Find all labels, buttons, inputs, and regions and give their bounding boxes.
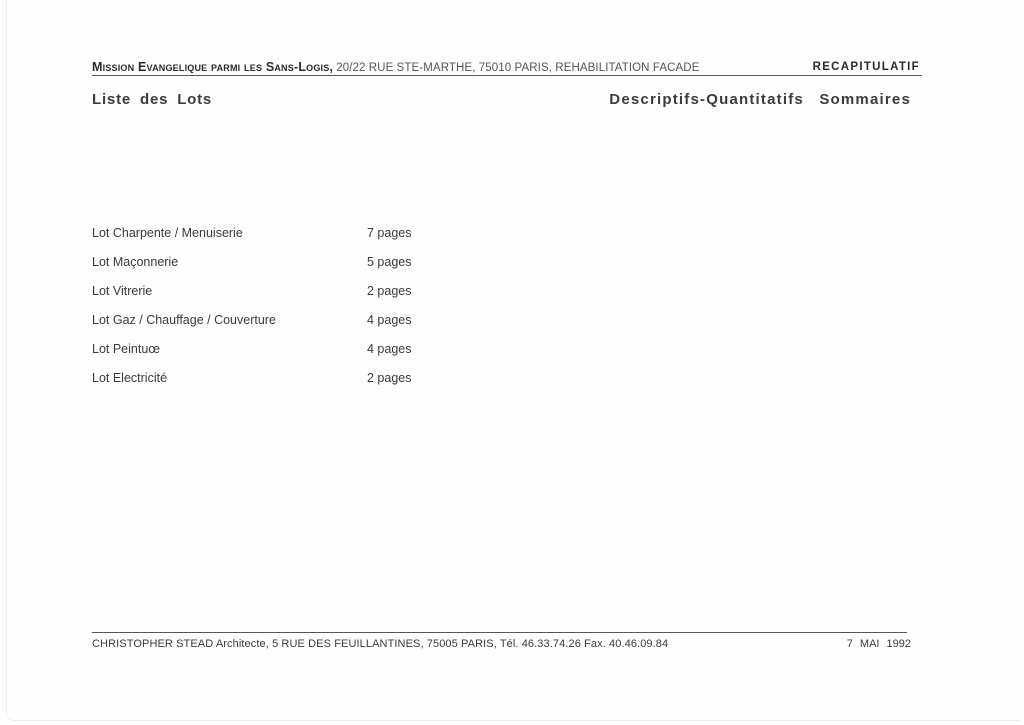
architect-contact: CHRISTOPHER STEAD Architecte, 5 RUE DES … [92,638,668,650]
lot-name: Lot Electricité [92,370,167,386]
project-address: 20/22 RUE STE-MARTHE, 75010 PARIS, REHAB… [336,62,699,74]
document-date: 7 MAI 1992 [847,638,911,650]
lot-name: Lot Peintuœ [92,341,160,357]
lot-page-count: 4 pages [367,312,411,328]
lot-page-count: 7 pages [367,225,411,241]
lot-name: Lot Maçonnerie [92,254,178,270]
section-label: RECAPITULATIF [813,59,920,75]
lot-page-count: 5 pages [367,254,411,270]
lot-name: Lot Gaz / Chauffage / Couverture [92,312,276,328]
list-item: Lot Peintuœ 4 pages [92,341,432,370]
document-header: Mission Evangelique parmi les Sans-Logis… [92,59,922,76]
list-item: Lot Charpente / Menuiserie 7 pages [92,225,432,254]
lot-name: Lot Charpente / Menuiserie [92,225,243,241]
lot-page-count: 4 pages [367,341,411,357]
list-item: Lot Gaz / Chauffage / Couverture 4 pages [92,312,432,341]
footer-divider [92,632,907,633]
lot-page-count: 2 pages [367,370,411,386]
organization-name: Mission Evangelique parmi les Sans-Logis… [92,60,333,74]
list-item: Lot Maçonnerie 5 pages [92,254,432,283]
lot-name: Lot Vitrerie [92,283,152,299]
list-item: Lot Vitrerie 2 pages [92,283,432,312]
document-type-title: Descriptifs-Quantitatifs Sommaires [609,91,911,108]
list-title: Liste des Lots [92,91,212,108]
list-item: Lot Electricité 2 pages [92,370,432,399]
document-page: Mission Evangelique parmi les Sans-Logis… [0,0,1024,725]
lots-list: Lot Charpente / Menuiserie 7 pages Lot M… [92,225,432,399]
lot-page-count: 2 pages [367,283,411,299]
